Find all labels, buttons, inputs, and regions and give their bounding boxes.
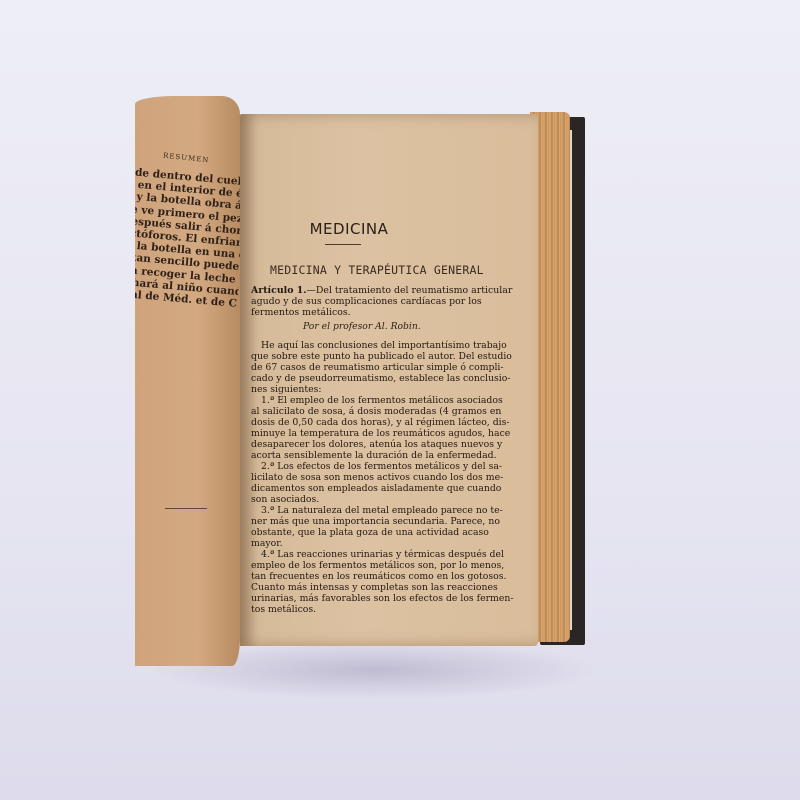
- body-line: ner más que una importancia secundaria. …: [251, 516, 523, 527]
- body-line: 4.ª Las reacciones urinarias y térmicas …: [251, 549, 523, 560]
- body-line: 2.ª Los efectos de los fermentos metálic…: [251, 461, 523, 472]
- body-line: nes siguientes:: [251, 384, 523, 395]
- body-line: Cuanto más intensas y completas son las …: [251, 582, 523, 593]
- body-line: tos metálicos.: [251, 604, 523, 615]
- body-line: obstante, que la plata goza de una activ…: [251, 527, 523, 538]
- body-line: desaparecer los dolores, atenúa los ataq…: [251, 439, 523, 450]
- body-line: que sobre este punto ha publicado el aut…: [251, 351, 523, 362]
- section-divider: [165, 508, 207, 509]
- body-line: minuye la temperatura de los reumáticos …: [251, 428, 523, 439]
- running-header: RESUMEN: [163, 152, 210, 165]
- byline: Por el profesor Al. Robin.: [303, 321, 503, 332]
- body-line: empleo de los fermentos metálicos son, p…: [251, 560, 523, 571]
- title-rule: [325, 244, 361, 245]
- body-line: urinarias, más favorables son los efecto…: [251, 593, 523, 604]
- left-page: RESUMEN ede dentro del cuello de la bote…: [135, 96, 240, 666]
- body-line: licilato de sosa son menos activos cuand…: [251, 472, 523, 483]
- body-line: al salicilato de sosa, á dosis moderadas…: [251, 406, 523, 417]
- body-line: 1.ª El empleo de los fermentos metálicos…: [251, 395, 523, 406]
- section-heading: MEDICINA Y TERAPÉUTICA GENERAL: [270, 263, 520, 277]
- body-line: son asociados.: [251, 494, 523, 505]
- body-line: dicamentos son empleados aisladamente qu…: [251, 483, 523, 494]
- body-line: mayor.: [251, 538, 523, 549]
- article-label: Artículo 1.: [251, 285, 307, 296]
- body-line: He aquí las conclusiones del importantís…: [251, 340, 523, 351]
- article-heading: Artículo 1.—Del tratamiento del reumatis…: [251, 285, 523, 318]
- article-body: He aquí las conclusiones del importantís…: [251, 340, 523, 615]
- body-line: tan frecuentes en los reumáticos como en…: [251, 571, 523, 582]
- body-line: 3.ª La naturaleza del metal empleado par…: [251, 505, 523, 516]
- body-line: cado y de pseudorreumatismo, establece l…: [251, 373, 523, 384]
- body-line: de 67 casos de reumatismo articular simp…: [251, 362, 523, 373]
- page-title: MEDICINA: [244, 220, 454, 238]
- left-page-text: ede dentro del cuello de la bote e en el…: [135, 166, 240, 310]
- body-line: acorta sensiblemente la duración de la e…: [251, 450, 523, 461]
- body-line: dosis de 0,50 cada dos horas), y al régi…: [251, 417, 523, 428]
